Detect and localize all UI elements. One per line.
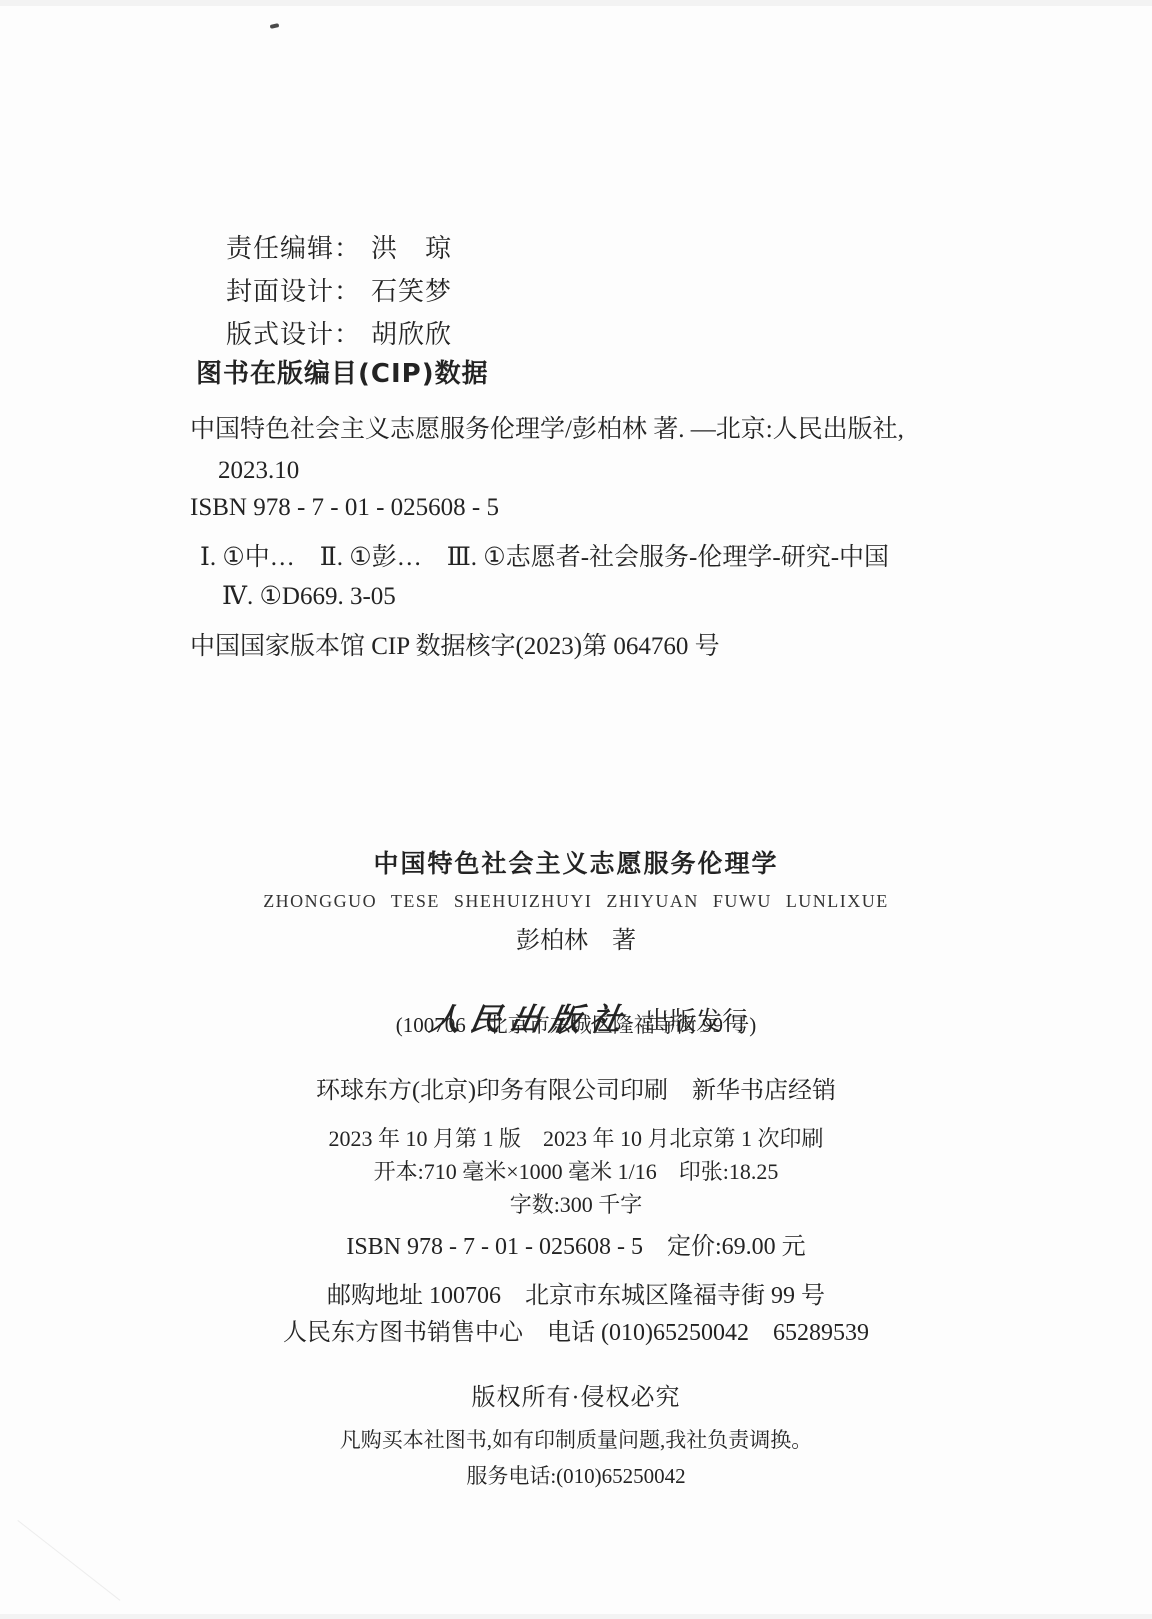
book-title: 中国特色社会主义志愿服务伦理学 [0,848,1152,879]
cip-classification-line2: Ⅳ. ①D669. 3-05 [222,581,396,612]
layout-design-value: 胡欣欣 [371,320,452,349]
cip-isbn: ISBN 978 - 7 - 01 - 025608 - 5 [190,492,499,523]
sales-center-line: 人民东方图书销售中心 电话 (010)65250042 65289539 [0,1318,1152,1348]
author-line: 彭柏林 著 [0,926,1152,956]
edition-line: 2023 年 10 月第 1 版 2023 年 10 月北京第 1 次印刷 [0,1125,1152,1153]
copyright-page: 责任编辑：洪 琼 封面设计：石笑梦 版式设计：胡欣欣 图书在版编目(CIP)数据… [0,0,1152,1619]
format-line: 开本:710 毫米×1000 毫米 1/16 印张:18.25 [0,1158,1152,1186]
page-crease [17,1520,120,1601]
page-edge-bottom [0,1614,1152,1619]
quality-statement: 凡购买本社图书,如有印制质量问题,我社负责调换。 [0,1427,1152,1453]
word-count-line: 字数:300 千字 [0,1191,1152,1219]
cip-heading: 图书在版编目(CIP)数据 [196,358,489,391]
publisher-address: (100706 北京市东城区隆福寺街 99 号) [0,1012,1152,1038]
book-title-pinyin: ZHONGGUO TESE SHEHUIZHUYI ZHIYUAN FUWU L… [0,890,1152,913]
cip-classification-line1: Ⅰ. ①中… Ⅱ. ①彭… Ⅲ. ①志愿者-社会服务-伦理学-研究-中国 [200,542,889,573]
cip-record-number: 中国国家版本馆 CIP 数据核字(2023)第 064760 号 [190,631,720,662]
cip-entry-line1: 中国特色社会主义志愿服务伦理学/彭柏林 著. —北京:人民出版社, [190,414,904,445]
copyright-notice: 版权所有·侵权必究 [0,1383,1152,1413]
page-edge-top [0,0,1152,6]
printer-line: 环球东方(北京)印务有限公司印刷 新华书店经销 [0,1076,1152,1106]
isbn-price-line: ISBN 978 - 7 - 01 - 025608 - 5 定价:69.00 … [0,1232,1152,1262]
service-phone: 服务电话:(010)65250042 [0,1463,1152,1489]
mail-address-line: 邮购地址 100706 北京市东城区隆福寺街 99 号 [0,1281,1152,1311]
scan-artifact [270,23,280,29]
layout-design-label: 版式设计： [226,320,361,349]
cip-entry-line2: 2023.10 [218,455,299,486]
